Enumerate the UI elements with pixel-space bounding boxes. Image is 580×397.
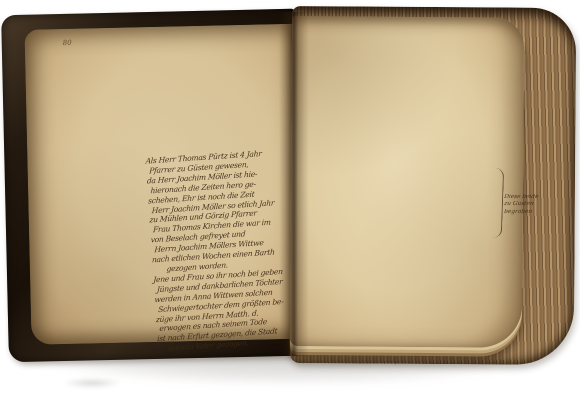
left-cover: 80 Als Herr Thomas Pürtz ist 4 Jahr Pfar… — [1, 9, 303, 363]
table-smudge — [62, 378, 122, 388]
photo-background: 80 Als Herr Thomas Pürtz ist 4 Jahr Pfar… — [0, 0, 580, 397]
margin-note: Diese beide zu Güsten begraben — [504, 194, 554, 216]
left-page-number: 80 — [63, 39, 72, 47]
open-book: 80 Als Herr Thomas Pürtz ist 4 Jahr Pfar… — [0, 0, 580, 397]
right-page-stack — [290, 6, 576, 365]
right-page — [290, 16, 524, 348]
left-page: 80 Als Herr Thomas Pürtz ist 4 Jahr Pfar… — [24, 24, 302, 345]
